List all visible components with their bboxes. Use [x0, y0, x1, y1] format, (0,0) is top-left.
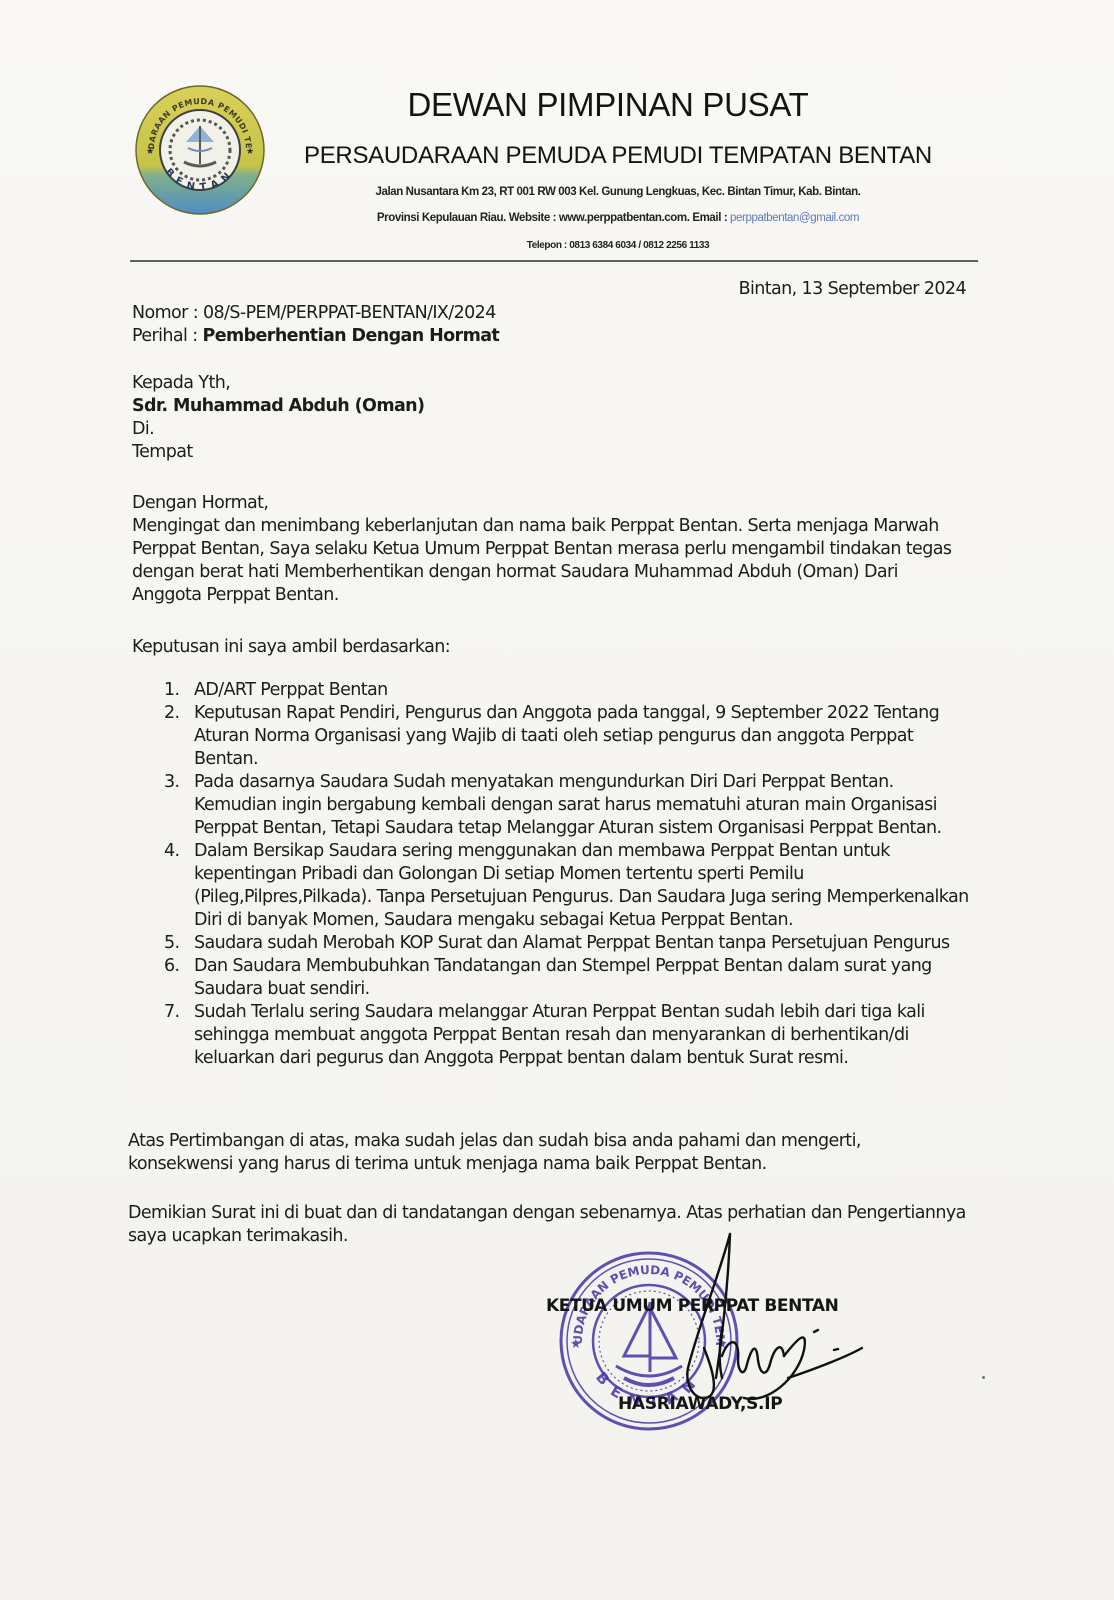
- signatory-name: HASRIAWADY,S.IP: [618, 1394, 782, 1414]
- letter-subject-value: Pemberhentian Dengan Hormat: [202, 326, 499, 346]
- list-item: 1.AD/ART Perppat Bentan: [132, 679, 972, 702]
- letter-number-value: 08/S-PEM/PERPPAT-BENTAN/IX/2024: [203, 303, 496, 323]
- list-item: 6.Dan Saudara Membubuhkan Tandatangan da…: [132, 955, 972, 1001]
- list-item: 5.Saudara sudah Merobah KOP Surat dan Al…: [132, 932, 972, 955]
- closing-paragraph-1: Atas Pertimbangan di atas, maka sudah je…: [128, 1130, 968, 1176]
- letter-subject: Perihal : Pemberhentian Dengan Hormat: [132, 325, 499, 348]
- svg-text:★: ★: [146, 147, 154, 157]
- letterhead-address: Jalan Nusantara Km 23, RT 001 RW 003 Kel…: [278, 186, 958, 198]
- letterhead-title: DEWAN PIMPINAN PUSAT: [278, 86, 938, 124]
- basis-list: 1.AD/ART Perppat Bentan 2.Keputusan Rapa…: [132, 679, 972, 1070]
- list-item: 4.Dalam Bersikap Saudara sering mengguna…: [132, 840, 972, 932]
- addressee-di: Di.: [132, 418, 424, 441]
- letterhead-phone: Telepon : 0813 6384 6034 / 0812 2256 113…: [278, 240, 958, 251]
- list-item: 7.Sudah Terlalu sering Saudara melanggar…: [132, 1001, 972, 1070]
- addressee-place: Tempat: [132, 441, 424, 464]
- addressee-name: Sdr. Muhammad Abduh (Oman): [132, 395, 424, 418]
- svg-text:★: ★: [570, 1337, 582, 1352]
- place-date: Bintan, 13 September 2024: [739, 278, 966, 301]
- opening-paragraph: Mengingat dan menimbang keberlanjutan da…: [132, 515, 972, 607]
- svg-text:★: ★: [246, 147, 254, 157]
- letter-page: PERSAUDARAAN PEMUDA PEMUDI TEMPATAN BENT…: [0, 0, 1114, 1600]
- scan-speck: [982, 1376, 985, 1379]
- letterhead-divider: [130, 260, 978, 262]
- opening-section: Dengan Hormat, Mengingat dan menimbang k…: [132, 492, 972, 607]
- addressee-greeting: Kepada Yth,: [132, 372, 424, 395]
- salutation: Dengan Hormat,: [132, 492, 972, 515]
- addressee-block: Kepada Yth, Sdr. Muhammad Abduh (Oman) D…: [132, 372, 424, 464]
- list-item: 3.Pada dasarnya Saudara Sudah menyatakan…: [132, 771, 972, 840]
- letterhead-website: Provinsi Kepulauan Riau. Website : www.p…: [377, 212, 730, 224]
- list-item: 2.Keputusan Rapat Pendiri, Pengurus dan …: [132, 702, 972, 771]
- organization-emblem-icon: PERSAUDARAAN PEMUDA PEMUDI TEMPATAN BENT…: [132, 82, 268, 218]
- signature-block: PERSAUDARAAN PEMUDA PEMUDI TEMPATAN BENT…: [540, 1228, 900, 1458]
- letterhead-contact: Provinsi Kepulauan Riau. Website : www.p…: [278, 212, 958, 224]
- letter-number: Nomor : 08/S-PEM/PERPPAT-BENTAN/IX/2024: [132, 302, 499, 325]
- letterhead-organization: PERSAUDARAAN PEMUDA PEMUDI TEMPATAN BENT…: [278, 142, 958, 170]
- email-link[interactable]: perppatbentan@gmail.com: [730, 212, 859, 224]
- letter-meta: Nomor : 08/S-PEM/PERPPAT-BENTAN/IX/2024 …: [132, 302, 499, 348]
- basis-intro: Keputusan ini saya ambil berdasarkan:: [132, 636, 450, 659]
